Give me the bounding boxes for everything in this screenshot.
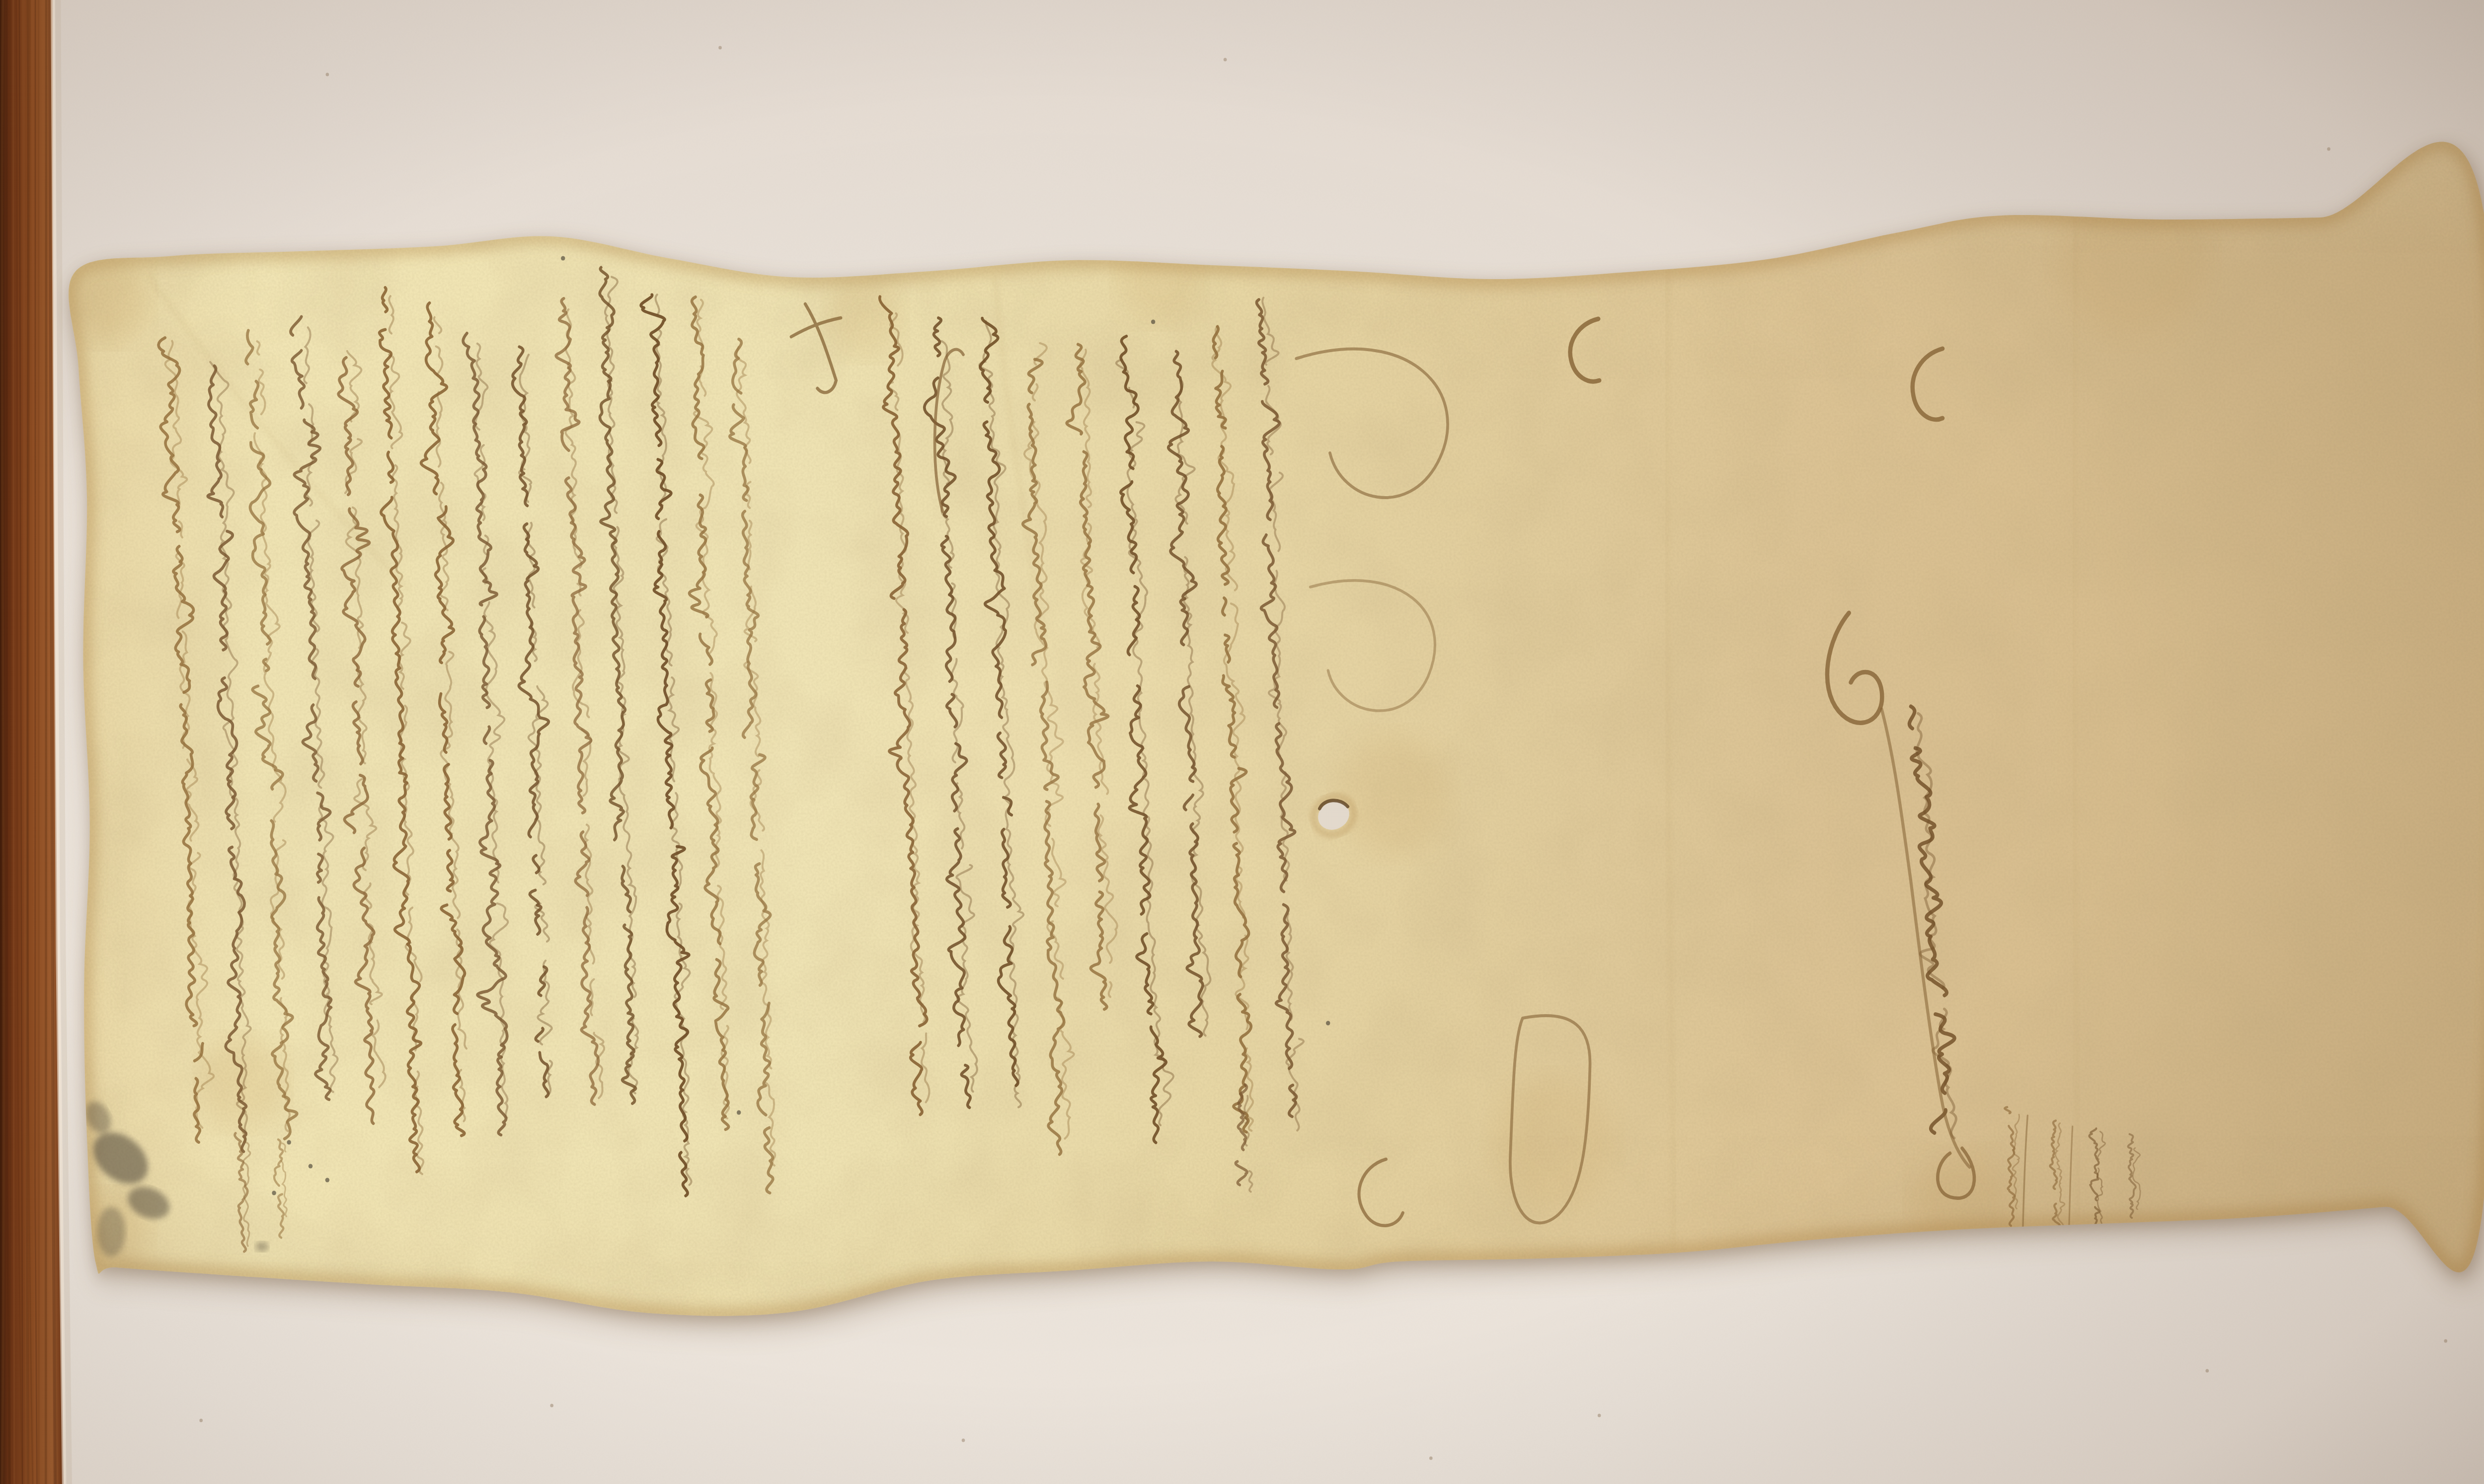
manuscript-photo: Photograph of an early-modern handwritte… [0, 0, 2484, 1484]
photo-vignette [0, 0, 2484, 1484]
